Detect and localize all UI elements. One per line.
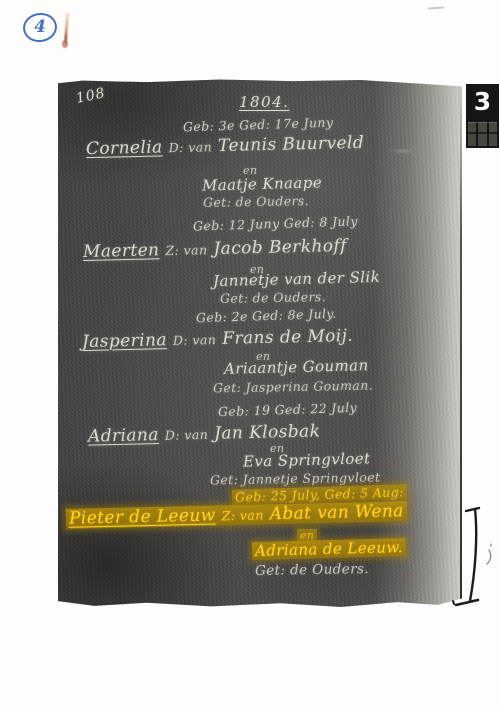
child-name: Jasperina <box>82 330 167 352</box>
record-entry-line: JasperinaD: vanFrans de Moij. <box>82 326 354 352</box>
father-name: Abat van Wena <box>269 501 403 524</box>
record-entry-line: CorneliaD: vanTeunis Buurveld <box>86 133 364 159</box>
film-frame-tab: 3 <box>466 84 499 148</box>
witnesses-line: Get: de Ouders. <box>220 289 326 306</box>
record-entry-line: MaertenZ: vanJacob Berkhoff <box>83 236 347 262</box>
father-name: Jan Klosbak <box>214 421 321 443</box>
record-entry-line: Pieter de LeeuwZ: vanAbat van Wena <box>66 501 407 529</box>
witnesses-line: Get: de Ouders. <box>255 561 369 579</box>
year-heading: 1804. <box>239 93 289 111</box>
father-name: Teunis Buurveld <box>218 133 364 156</box>
circled-number-value: 4 <box>34 17 46 37</box>
rust-stain-blob <box>62 40 68 48</box>
father-name: Jacob Berkhoff <box>213 236 347 259</box>
mother-name: Maatje Knaape <box>202 173 322 194</box>
photocopy-scan-area: 108 1804. Geb: 3e Ged: 17e Juny Cornelia… <box>58 79 462 608</box>
witnesses-line: Get: Jannetje Springvloet <box>210 470 381 488</box>
faint-pencil-dash <box>428 6 444 9</box>
father-name: Frans de Moij. <box>222 326 353 349</box>
faint-smudge <box>388 148 416 154</box>
witnesses-line: Get: de Ouders. <box>203 193 309 210</box>
relation-label: D: van <box>162 139 218 155</box>
record-entry-line: AdrianaD: vanJan Klosbak <box>88 421 321 446</box>
relation-label: D: van <box>167 332 223 348</box>
film-frame-number: 3 <box>466 84 499 120</box>
relation-label: D: van <box>159 427 215 443</box>
relation-label: Z: van <box>215 507 269 523</box>
margin-circled-number: 4 <box>21 11 59 44</box>
margin-bracket-mark <box>448 498 500 616</box>
relation-label: Z: van <box>159 242 213 258</box>
record-date: Geb: 2e Ged: 8e July. <box>196 306 337 325</box>
mother-name: Jannetje van der Slik <box>213 268 381 290</box>
child-name: Cornelia <box>86 137 163 159</box>
child-name: Adriana <box>88 425 159 447</box>
record-date: Geb: 19 Ged: 22 July <box>218 400 357 419</box>
scanned-document-page: 4 108 1804. Geb: 3e Ged: 17e Juny Cornel… <box>0 0 500 706</box>
mother-name: Adriana de Leeuw. <box>252 538 406 560</box>
record-date: Geb: 3e Ged: 17e Juny <box>183 115 334 135</box>
mother-name: Ariaantje Gouman <box>224 356 369 378</box>
page-number: 108 <box>75 85 107 107</box>
child-name: Pieter de Leeuw <box>69 505 216 528</box>
mother-name: Eva Springvloet <box>243 449 371 470</box>
record-date: Geb: 12 Juny Ged: 8 July <box>193 213 358 233</box>
child-name: Maerten <box>83 240 160 262</box>
witnesses-line: Get: Jasperina Gouman. <box>213 378 373 396</box>
film-frame-grid <box>468 122 497 146</box>
